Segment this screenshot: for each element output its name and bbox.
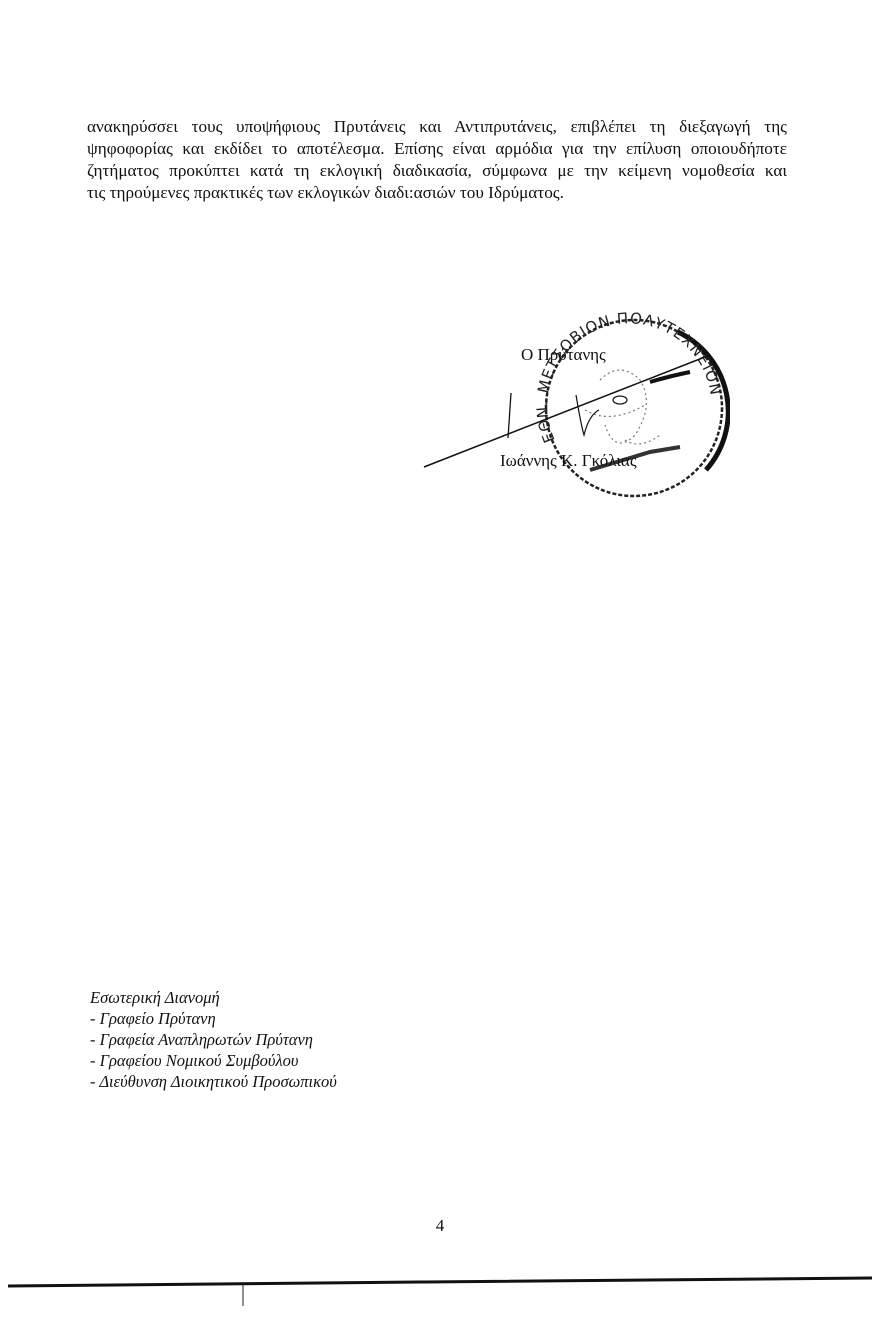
internal-distribution: Εσωτερική Διανομή - Γραφείο Πρύτανη - Γρ… <box>90 987 337 1092</box>
signatory-name: Ιωάννης Κ. Γκόλιας <box>500 451 637 471</box>
distribution-item: - Γραφείο Πρύτανη <box>90 1008 337 1029</box>
body-line: τις τηρούμενες πρακτικές των εκλογικών δ… <box>87 182 787 204</box>
body-paragraph: ανακηρύσσει τους υποψήφιους Πρυτάνεις κα… <box>87 116 787 204</box>
svg-text:ΕΘΝ. ΜΕΤΣΟΒΙΟΝ ΠΟΛΥΤΕΧΝΕΙΟΝ: ΕΘΝ. ΜΕΤΣΟΒΙΟΝ ΠΟΛΥΤΕΧΝΕΙΟΝ <box>533 310 725 445</box>
page-number: 4 <box>0 1216 880 1236</box>
distribution-heading: Εσωτερική Διανομή <box>90 987 337 1008</box>
official-seal-icon: ΕΘΝ. ΜΕΤΣΟΒΙΟΝ ΠΟΛΥΤΕΧΝΕΙΟΝ <box>410 310 730 510</box>
signatory-title: Ο Πρύτανης <box>521 345 606 365</box>
distribution-item: - Διεύθυνση Διοικητικού Προσωπικού <box>90 1071 337 1092</box>
distribution-item: - Γραφείου Νομικού Συμβούλου <box>90 1050 337 1071</box>
body-line: ανακηρύσσει τους υποψήφιους Πρυτάνεις κα… <box>87 116 787 138</box>
body-line: ζητήματος προκύπτει κατά τη εκλογική δια… <box>87 160 787 182</box>
distribution-item: - Γραφεία Αναπληρωτών Πρύτανη <box>90 1029 337 1050</box>
body-line: ψηφοφορίας και εκδίδει το αποτέλεσμα. Επ… <box>87 138 787 160</box>
footer-rule <box>0 1270 880 1318</box>
